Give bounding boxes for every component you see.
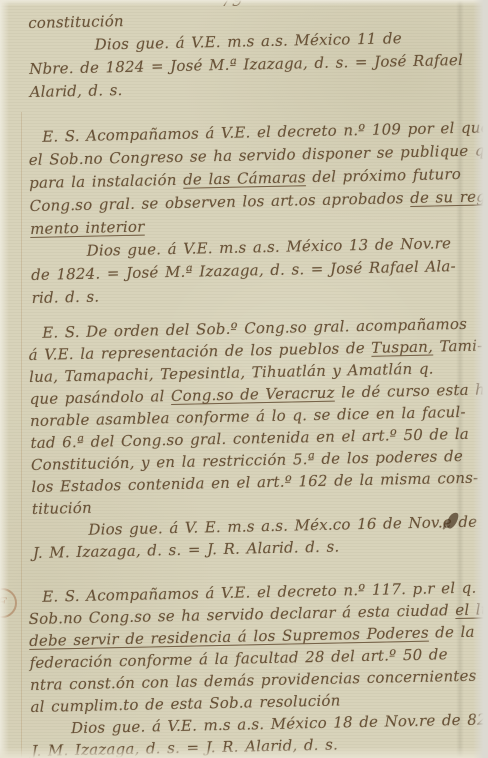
paragraph-2: E. S. Acompañamos á V.E. el decreto n.º …: [28, 117, 484, 310]
text-segment: Alarid, d. s.: [29, 81, 122, 101]
text-segment: Tuspan,: [371, 338, 433, 357]
paragraph-1: constituciónDios gue. á V.E. m.s a.s. Mé…: [28, 3, 482, 104]
paragraph-3: E. S. De orden del Sob.º Cong.so gral. a…: [28, 313, 485, 564]
text-segment: J. M. Izazaga, d. s. = J. R. Alarid. d. …: [33, 538, 340, 562]
scan-margin-right: [473, 0, 488, 758]
paragraph-4: E. S. Acompañamos á V.E. el decreto n.º …: [28, 577, 484, 758]
text-segment: rid. d. s.: [31, 288, 99, 307]
page-edge-bottom: [0, 747, 488, 758]
page-crease: [456, 0, 464, 758]
text-segment: Cong.so de Veracruz: [171, 384, 335, 405]
manuscript-text: constituciónDios gue. á V.E. m.s a.s. Mé…: [28, 12, 480, 758]
text-segment: titución: [32, 499, 92, 518]
text-segment: Dios gue. á V.E. m.s a.s. México 11 de: [95, 29, 403, 53]
text-segment: de la: [429, 623, 475, 642]
text-segment: que pasándolo al: [29, 387, 171, 408]
manuscript-page: 79 constituciónDios gue. á V.E. m.s a.s.…: [0, 0, 488, 758]
text-segment: mento interior: [30, 218, 145, 238]
text-segment: le dé curso esta ho-: [334, 380, 488, 401]
text-segment: para la instalación: [29, 171, 183, 192]
text-segment: del próximo futuro: [306, 165, 462, 186]
page-edge-top: [0, 0, 488, 6]
page-edge-left: [0, 0, 9, 758]
text-segment: constitución: [28, 12, 124, 32]
text-segment: de las Cámaras: [183, 168, 306, 189]
text-segment: Cong.so gral. se observen los art.os apr…: [29, 189, 410, 215]
margin-rule-line: [21, 112, 22, 758]
